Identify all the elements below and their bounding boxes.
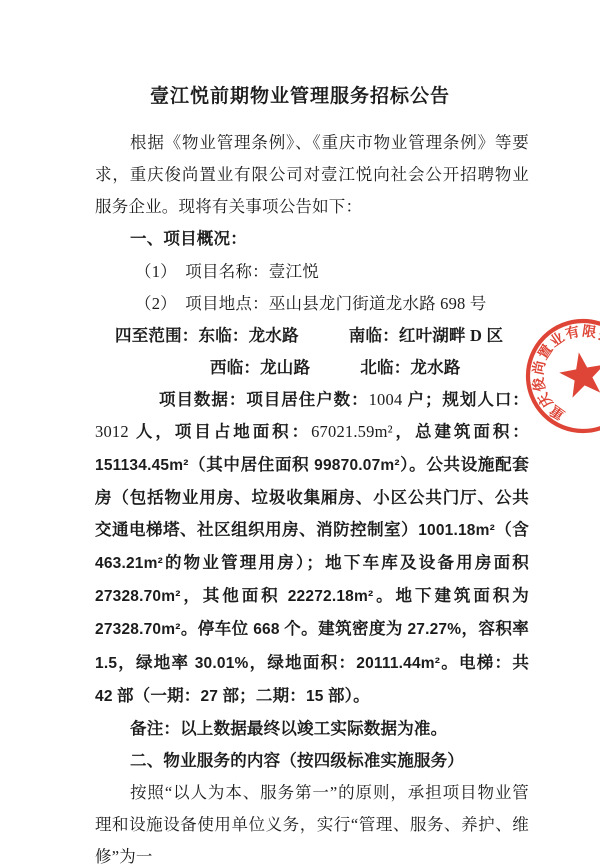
seal-ring: [528, 321, 600, 431]
document-body: 根据《物业管理条例》、《重庆市物业管理条例》等要求，重庆俊尚置业有限公司对壹江悦…: [95, 127, 529, 866]
seal-company-name: 重庆俊尚置业有限公司: [529, 322, 600, 423]
paragraph-intro: 根据《物业管理条例》、《重庆市物业管理条例》等要求，重庆俊尚置业有限公司对壹江悦…: [95, 127, 529, 223]
document-page: 壹江悦前期物业管理服务招标公告 根据《物业管理条例》、《重庆市物业管理条例》等要…: [0, 0, 600, 866]
heading-section-1: 一、项目概况：: [95, 223, 529, 255]
line-boundaries-west-north: 西临：龙山路 北临：龙水路: [95, 352, 529, 384]
item-project-location: （2） 项目地点：巫山县龙门街道龙水路 698 号: [95, 288, 529, 320]
paragraph-project-data: 项目数据：项目居住户数：1004 户；规划人口：3012 人，项目占地面积：67…: [95, 384, 529, 713]
heading-section-2: 二、物业服务的内容（按四级标准实施服务）: [95, 745, 529, 777]
svg-text:重庆俊尚置业有限公司: 重庆俊尚置业有限公司: [529, 322, 600, 423]
star-icon: [556, 348, 600, 399]
item-project-name: （1） 项目名称：壹江悦: [95, 256, 529, 288]
line-remark: 备注：以上数据最终以竣工实际数据为准。: [95, 713, 529, 745]
paragraph-service-principle: 按照“以人为本、服务第一”的原则，承担项目物业管理和设施设备使用单位义务，实行“…: [95, 777, 529, 866]
document-title: 壹江悦前期物业管理服务招标公告: [0, 0, 600, 110]
line-boundaries-east-south: 四至范围：东临：龙水路 南临：红叶湖畔 D 区: [95, 320, 529, 352]
